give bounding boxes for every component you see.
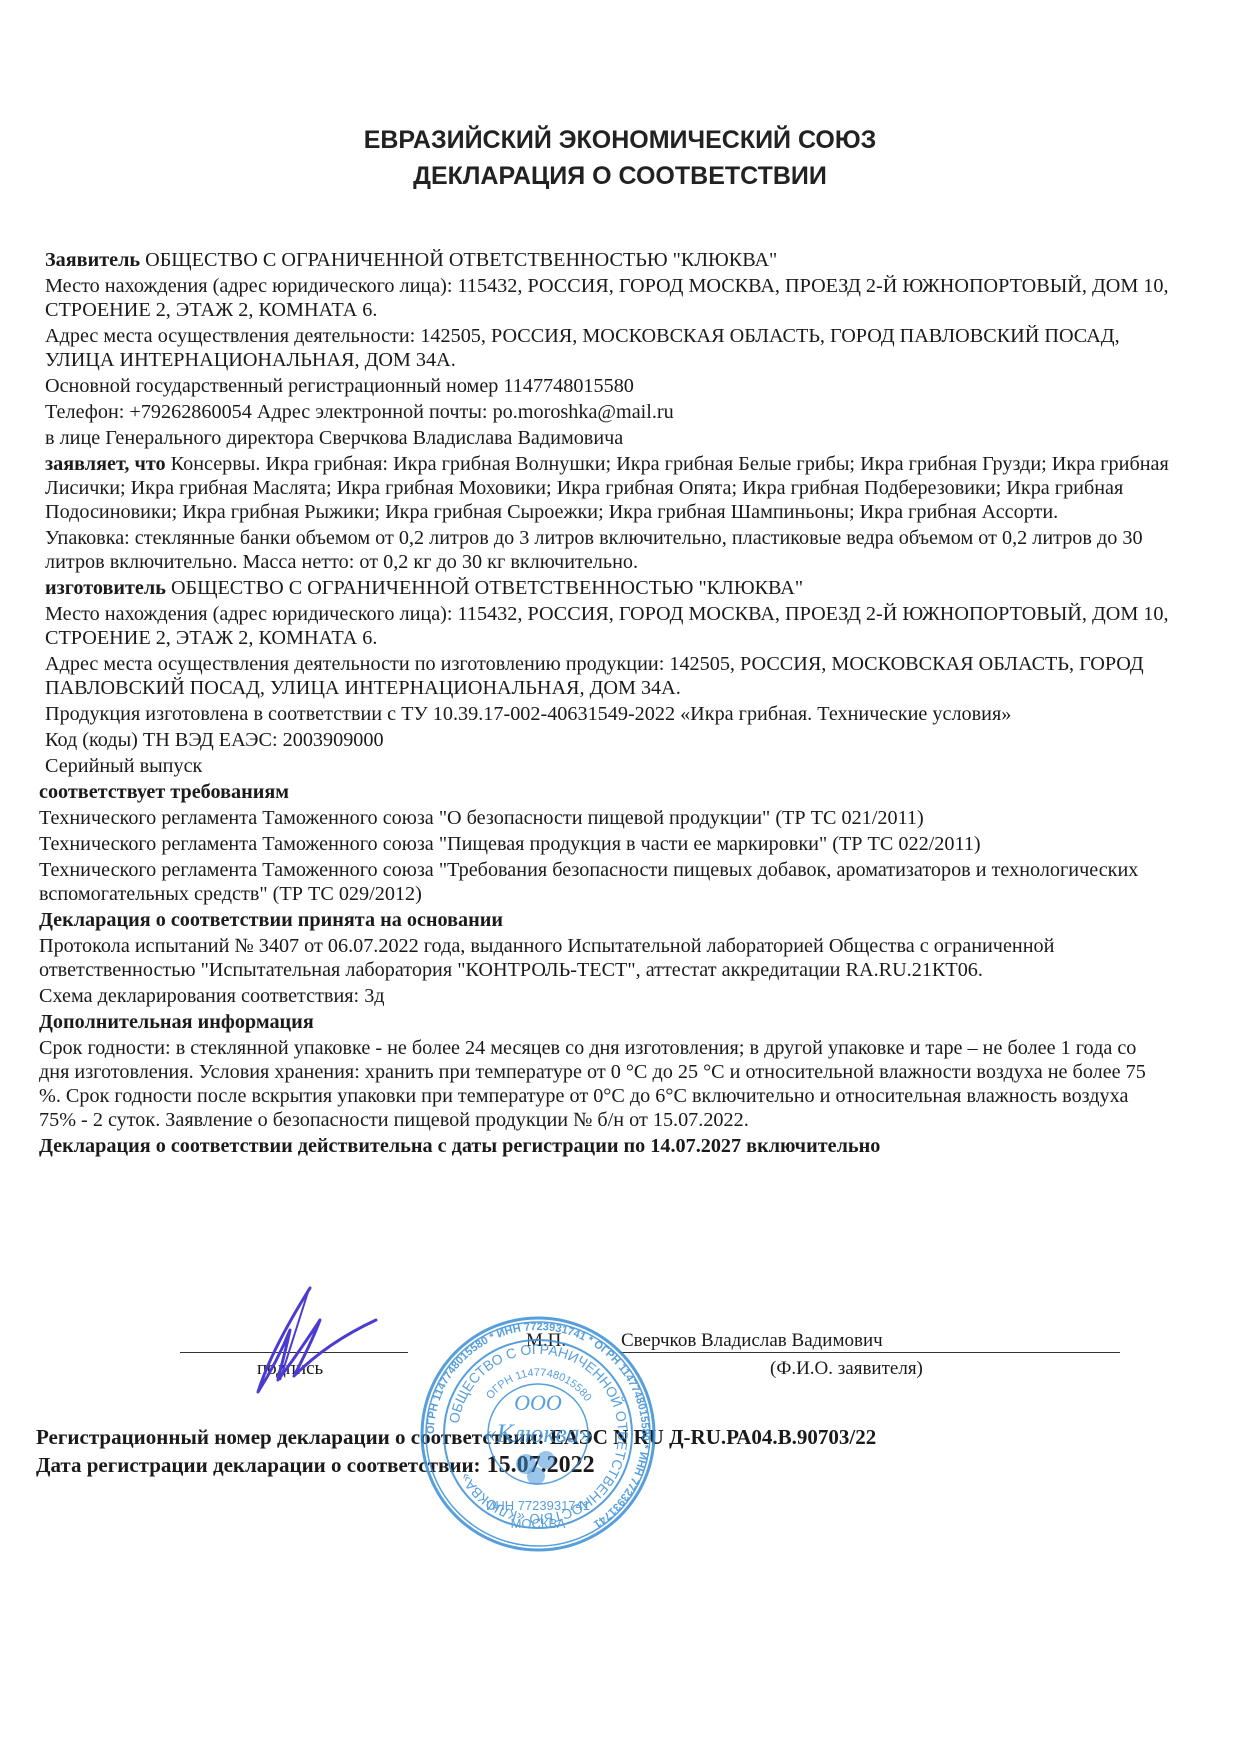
validity-statement: Декларация о соответствии действительна … (39, 1134, 1170, 1158)
name-line (620, 1352, 1120, 1353)
applicant-name: ОБЩЕСТВО С ОГРАНИЧЕННОЙ ОТВЕТСТВЕННОСТЬЮ… (140, 249, 777, 271)
compliance-label: соответствует требованиям (39, 780, 1170, 804)
applicant-representative: в лице Генерального директора Сверчкова … (45, 426, 1170, 450)
additional-label: Дополнительная информация (39, 1010, 1170, 1034)
compliance-item: Технического регламента Таможенного союз… (39, 858, 1170, 906)
production-type: Серийный выпуск (45, 754, 1170, 778)
signature-icon (250, 1280, 390, 1400)
stamp-inn: ИНН 7723931741 (486, 1498, 590, 1513)
document-title: ДЕКЛАРАЦИЯ О СООТВЕТСТВИИ (0, 158, 1240, 194)
manufacturer-label: изготовитель (45, 577, 166, 599)
document-body: Заявитель ОБЩЕСТВО С ОГРАНИЧЕННОЙ ОТВЕТС… (45, 248, 1170, 1160)
signer-name: Сверчков Владислав Вадимович (621, 1330, 883, 1352)
products-list: Консервы. Икра грибная: Икра грибная Вол… (45, 453, 1169, 523)
packaging-info: Упаковка: стеклянные банки объемом от 0,… (45, 526, 1170, 574)
additional-text: Срок годности: в стеклянной упаковке - н… (39, 1036, 1170, 1132)
basis-protocol: Протокола испытаний № 3407 от 06.07.2022… (39, 934, 1170, 982)
manufacturer-line: изготовитель ОБЩЕСТВО С ОГРАНИЧЕННОЙ ОТВ… (45, 576, 1170, 600)
union-title: ЕВРАЗИЙСКИЙ ЭКОНОМИЧЕСКИЙ СОЮЗ (0, 122, 1240, 158)
manufacturer-name: ОБЩЕСТВО С ОГРАНИЧЕННОЙ ОТВЕТСТВЕННОСТЬЮ… (166, 577, 803, 599)
stamp-ooo: ООО (514, 1390, 562, 1415)
applicant-line: Заявитель ОБЩЕСТВО С ОГРАНИЧЕННОЙ ОТВЕТС… (45, 248, 1170, 272)
stamp-city: МОСКВА (511, 1516, 566, 1531)
applicant-ogrn: Основной государственный регистрационный… (45, 374, 1170, 398)
document-header: ЕВРАЗИЙСКИЙ ЭКОНОМИЧЕСКИЙ СОЮЗ ДЕКЛАРАЦИ… (0, 122, 1240, 194)
manufacturer-production-address: Адрес места осуществления деятельности п… (45, 652, 1170, 700)
company-stamp-icon: ОГРН 1147748015580 * ИНН 7723931741 * ОГ… (418, 1314, 658, 1554)
applicant-label: Заявитель (45, 249, 140, 271)
hs-code: Код (коды) ТН ВЭД ЕАЭС: 2003909000 (45, 728, 1170, 752)
registration-date-label: Дата регистрации декларации о соответств… (36, 1453, 481, 1477)
declaration-products: заявляет, что Консервы. Икра грибная: Ик… (45, 452, 1170, 524)
basis-scheme: Схема декларирования соответствия: 3д (39, 984, 1170, 1008)
basis-label: Декларация о соответствии принята на осн… (39, 908, 1170, 932)
applicant-activity-address: Адрес места осуществления деятельности: … (45, 324, 1170, 372)
compliance-item: Технического регламента Таможенного союз… (39, 832, 1170, 856)
manufacturer-spec: Продукция изготовлена в соответствии с Т… (45, 702, 1170, 726)
manufacturer-legal-address: Место нахождения (адрес юридического лиц… (45, 602, 1170, 650)
applicant-legal-address: Место нахождения (адрес юридического лиц… (45, 274, 1170, 322)
applicant-contacts: Телефон: +79262860054 Адрес электронной … (45, 400, 1170, 424)
compliance-item: Технического регламента Таможенного союз… (39, 806, 1170, 830)
declaration-label: заявляет, что (45, 453, 166, 475)
stamp-company: «Клюква» (483, 1419, 592, 1448)
signer-caption: (Ф.И.О. заявителя) (770, 1358, 923, 1380)
